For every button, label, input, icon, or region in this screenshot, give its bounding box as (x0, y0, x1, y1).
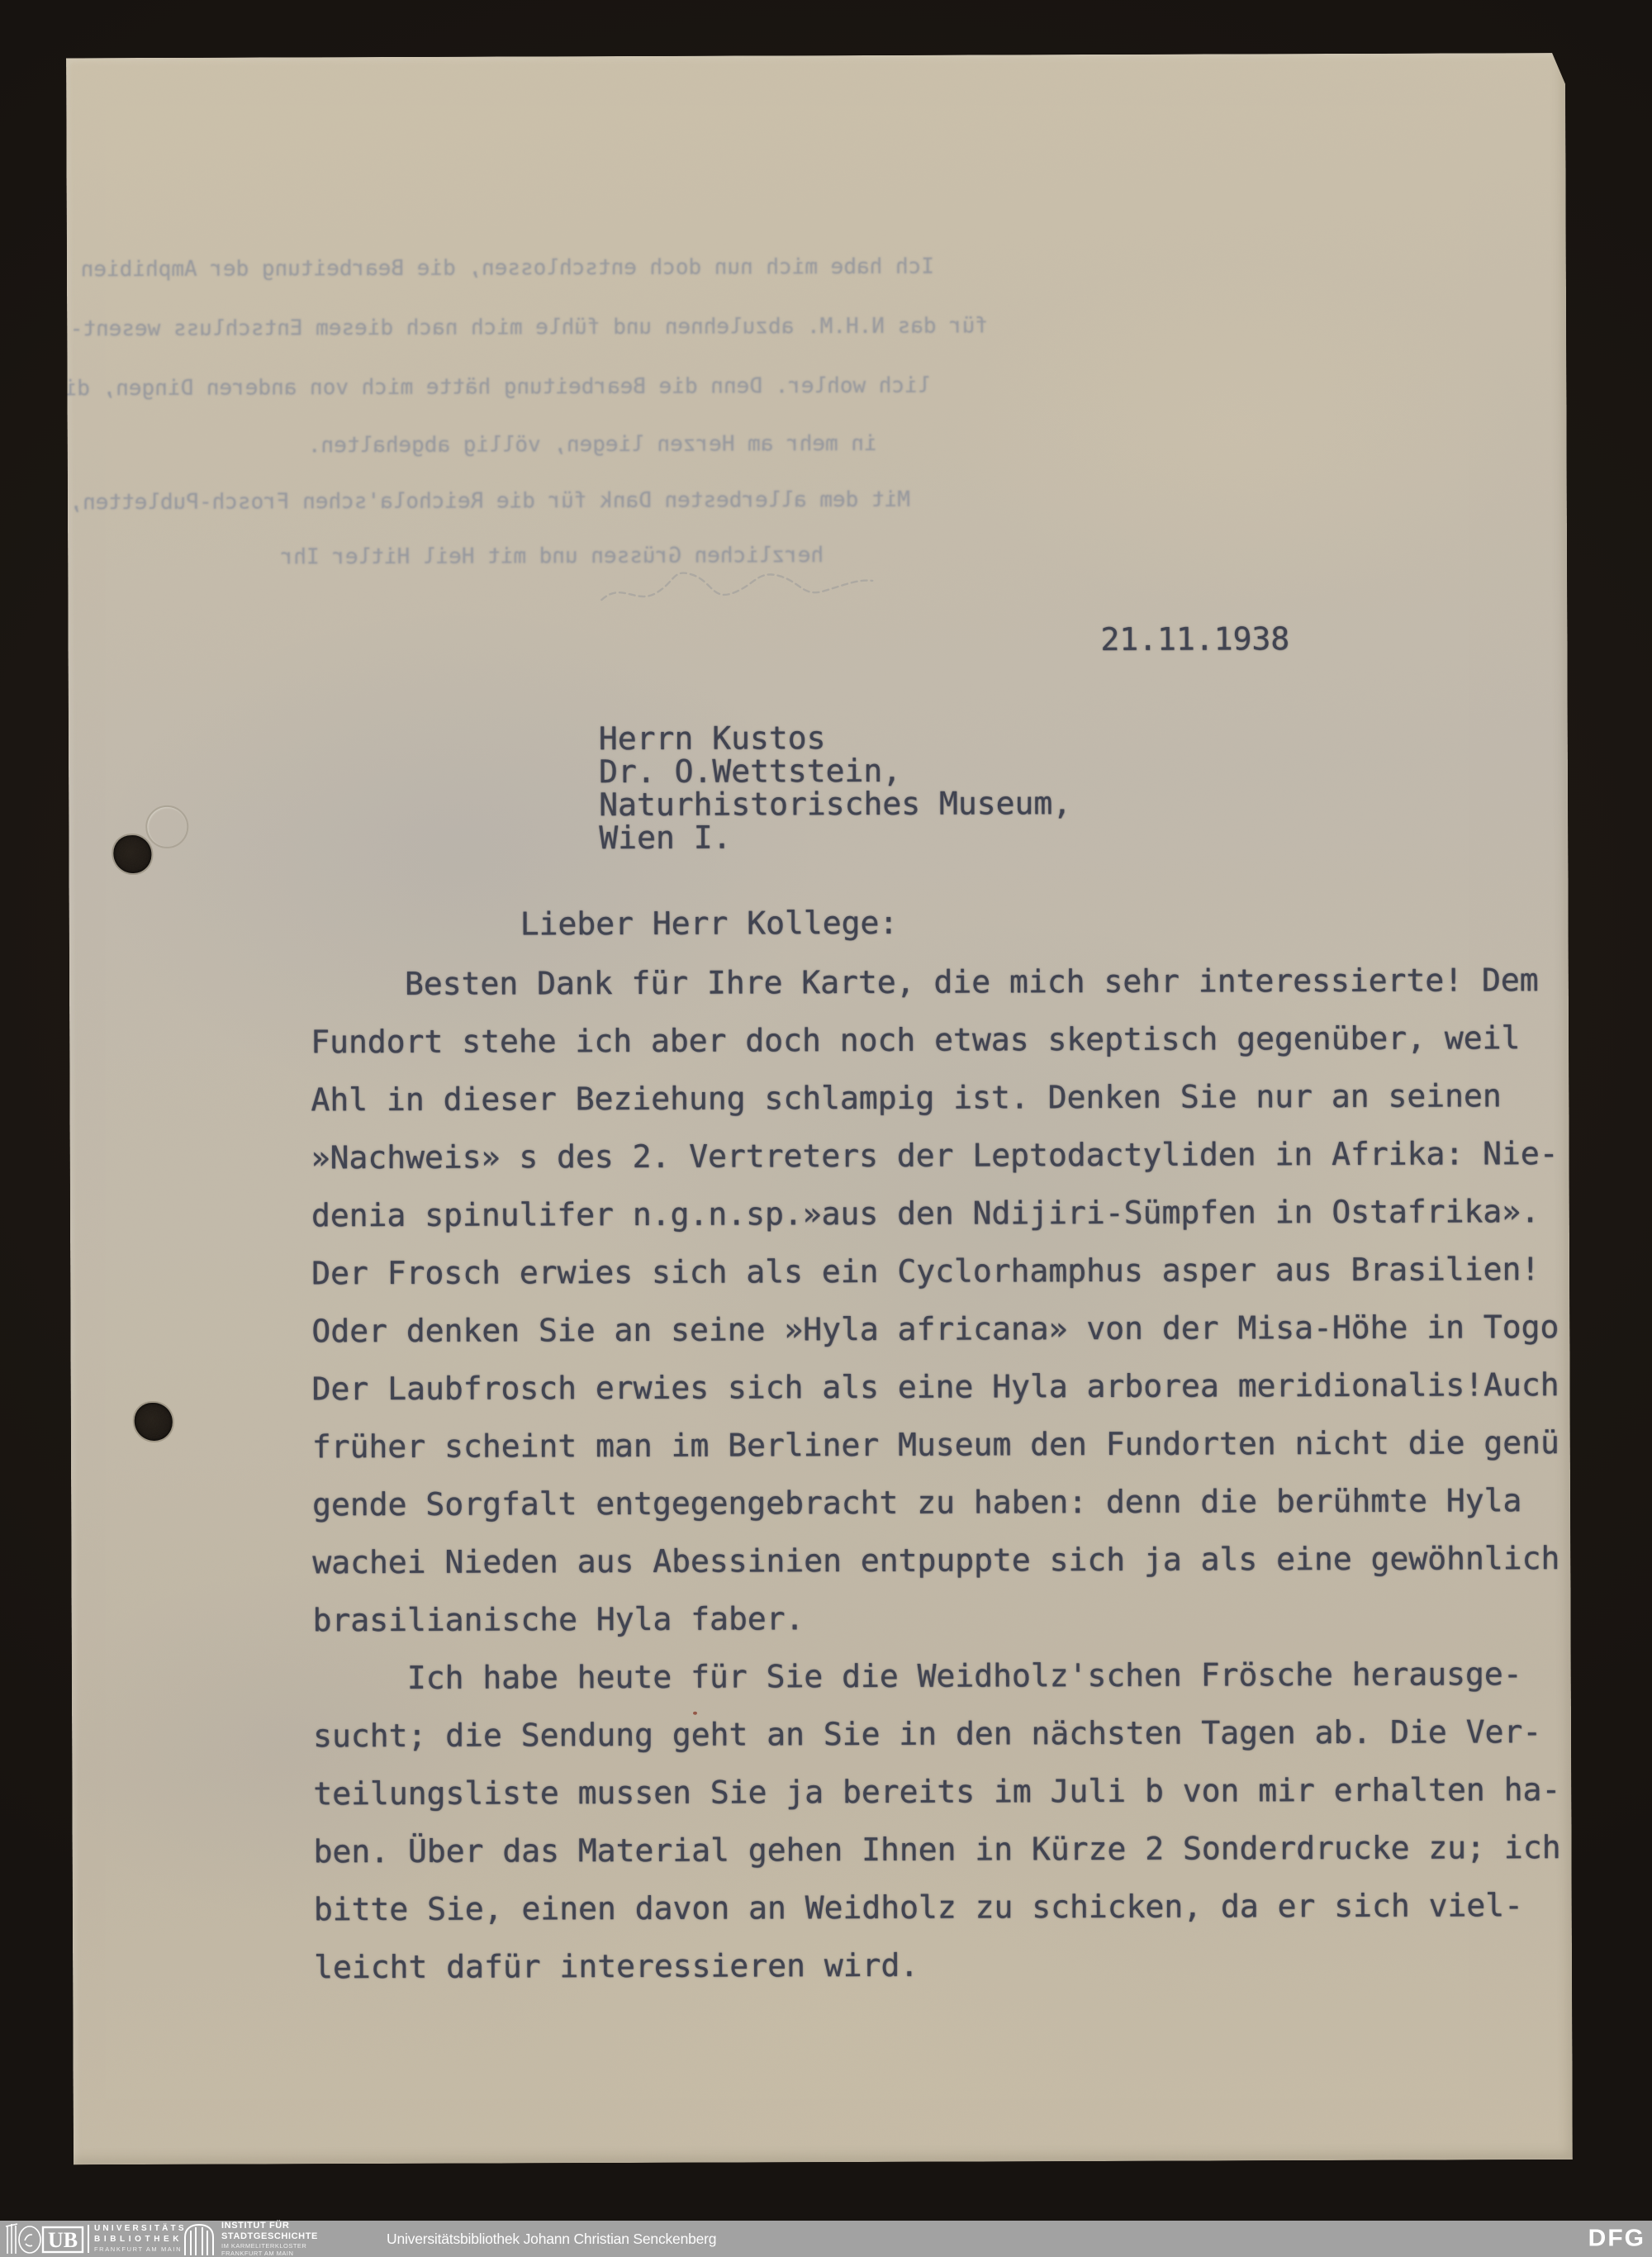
punch-hole (135, 1403, 173, 1441)
isg-line3: IM KARMELITERKLOSTER (221, 2243, 318, 2250)
gothic-window-icon (182, 2222, 216, 2255)
scan-viewer-page: Ich habe mich nun doch entschlossen, die… (0, 0, 1652, 2257)
embossed-circle-mark (145, 805, 188, 848)
recipient-line: Wien I. (599, 820, 1071, 854)
letter-body-line: Besten Dank für Ihre Karte, die mich seh… (311, 962, 1558, 1024)
letter-body-line: gende Sorgfalt entgegengebracht zu haben… (312, 1482, 1559, 1544)
bleed-through-line: in mehr am Herzen liegen, völlig abgehal… (308, 431, 877, 458)
digitization-footer-bar: UB UNIVERSITÄTS BIBLIOTHEK FRANKFURT AM … (0, 2221, 1652, 2257)
letter-body-line: »Nachweis» s des 2. Vertreters der Lepto… (311, 1135, 1559, 1197)
ub-abbr-text: UB (48, 2228, 78, 2252)
letter-body-line: denia spinulifer n.g.n.sp.»aus den Ndiji… (311, 1193, 1559, 1255)
recipient-line: Dr. O.Wettstein, (599, 753, 1071, 788)
university-library-logo: UB UNIVERSITÄTS BIBLIOTHEK FRANKFURT AM … (5, 2222, 187, 2255)
letter-body-line: bitte Sie, einen davon an Weidholz zu sc… (314, 1887, 1561, 1949)
institut-stadtgeschichte-logo: INSTITUT FÜR STADTGESCHICHTE IM KARMELIT… (182, 2222, 318, 2255)
ub-name-line1: UNIVERSITÄTS (94, 2225, 187, 2233)
letter-body-line: Fundort stehe ich aber doch noch etwas s… (311, 1019, 1558, 1081)
bleed-through-line: lich wohler. Denn die Bearbeitung hätte … (66, 373, 930, 402)
ub-name-line2: BIBLIOTHEK (94, 2236, 187, 2244)
library-name-label: Universitätsbibliothek Johann Christian … (387, 2221, 716, 2257)
letter-body-line: Ich habe heute für Sie die Weidholz'sche… (313, 1656, 1560, 1718)
ub-emblem-icon: UB (5, 2222, 84, 2255)
letter-body-line: Ahl in dieser Beziehung schlampig ist. D… (311, 1077, 1558, 1139)
isg-line2: STADTGESCHICHTE (221, 2232, 318, 2241)
bleed-through-line: Ich habe mich nun doch entschlossen, die… (81, 254, 934, 283)
salutation-line: Lieber Herr Kollege: (520, 905, 899, 943)
logo-divider (88, 2225, 89, 2253)
letter-body-line: ben. Über das Material gehen Ihnen in Kü… (314, 1829, 1561, 1891)
pencil-squiggle-mark (596, 556, 877, 616)
bleed-through-line: Mit dem allerbesten Dank für die Reichol… (69, 487, 910, 516)
bleed-through-line: für das N.H.M. abzulehnen und fühle mich… (70, 313, 988, 341)
letter-body: Besten Dank für Ihre Karte, die mich seh… (311, 962, 1561, 2007)
scanned-letter-page: Ich habe mich nun doch entschlossen, die… (66, 53, 1573, 2164)
letter-date: 21.11.1938 (1100, 620, 1289, 658)
isg-line1: INSTITUT FÜR (221, 2221, 318, 2231)
dfg-logo: DFG (1588, 2221, 1645, 2256)
recipient-line: Herrn Kustos (599, 720, 1071, 755)
letter-body-line: früher scheint man im Berliner Museum de… (312, 1424, 1559, 1486)
letter-body-line: Der Laubfrosch erwies sich als eine Hyla… (312, 1366, 1559, 1428)
letter-body-line: teilungsliste mussen Sie ja bereits im J… (313, 1771, 1560, 1833)
letter-body-line: brasilianische Hyla faber. (313, 1598, 1560, 1660)
punch-hole (113, 835, 151, 873)
recipient-address-block: Herrn KustosDr. O.Wettstein,Naturhistori… (599, 720, 1072, 854)
ink-speck (693, 1712, 697, 1715)
letter-body-line: Der Frosch erwies sich als ein Cyclorham… (311, 1251, 1559, 1313)
recipient-line: Naturhistorisches Museum, (599, 786, 1071, 821)
letter-body-line: wachei Nieden aus Abessinien entpuppte s… (312, 1540, 1559, 1602)
isg-line4: FRANKFURT AM MAIN (221, 2250, 318, 2257)
ub-name-line3: FRANKFURT AM MAIN (94, 2246, 187, 2253)
letter-body-line: leicht dafür interessieren wird. (314, 1945, 1561, 2007)
letter-body-line: Oder denken Sie an seine »Hyla africana»… (311, 1309, 1559, 1371)
letter-body-line: sucht; die Sendung geht an Sie in den nä… (313, 1713, 1560, 1775)
